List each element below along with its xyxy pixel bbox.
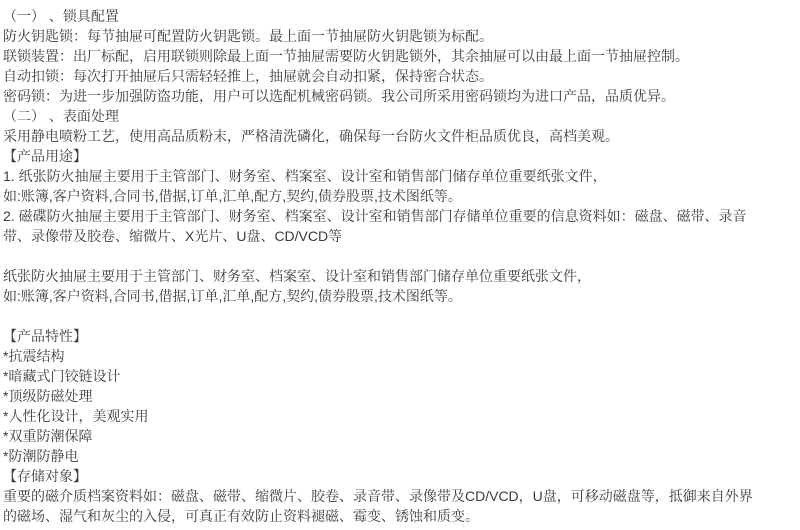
text-line: 防火钥匙锁：每节抽屉可配置防火钥匙锁。最上面一节抽屉防火钥匙锁为标配。	[3, 26, 798, 46]
product-description-page: （一） 、锁具配置 防火钥匙锁：每节抽屉可配置防火钥匙锁。最上面一节抽屉防火钥匙…	[0, 0, 800, 530]
text-line: *暗藏式门铰链设计	[3, 366, 798, 386]
text-line: 【产品用途】	[3, 146, 798, 166]
text-line: 2. 磁碟防火抽屉主要用于主管部门、财务室、档案室、设计室和销售部门存储单位重要…	[3, 206, 798, 226]
text-line: 密码锁：为进一步加强防盗功能，用户可以选配机械密码锁。我公司所采用密码锁均为进口…	[3, 86, 798, 106]
text-line: *抗震结构	[3, 346, 798, 366]
text-line: （二） 、表面处理	[3, 106, 798, 126]
text-line: （一） 、锁具配置	[3, 6, 798, 26]
text-line: *顶级防磁处理	[3, 386, 798, 406]
text-line: 联锁装置：出厂标配，启用联锁则除最上面一节抽屉需要防火钥匙锁外，其余抽屉可以由最…	[3, 46, 798, 66]
text-line	[3, 306, 798, 326]
text-line	[3, 246, 798, 266]
text-line: 纸张防火抽屉主要用于主管部门、财务室、档案室、设计室和销售部门储存单位重要纸张文…	[3, 266, 798, 286]
text-line: 【产品特性】	[3, 326, 798, 346]
text-line: 重要的磁介质档案资料如：磁盘、磁带、缩微片、胶卷、录音带、录像带及CD/VCD，…	[3, 486, 798, 506]
text-line: *防潮防静电	[3, 446, 798, 466]
text-line: 的磁场、湿气和灰尘的入侵，可真正有效防止资料褪磁、霉变、锈蚀和质变。	[3, 506, 798, 526]
text-line: 【存储对象】	[3, 466, 798, 486]
text-line: 带、录像带及胶卷、缩微片、X光片、U盘、CD/VCD等	[3, 226, 798, 246]
text-line: *人性化设计，美观实用	[3, 406, 798, 426]
text-line: 自动扣锁：每次打开抽屉后只需轻轻推上，抽屉就会自动扣紧，保持密合状态。	[3, 66, 798, 86]
text-line: 采用静电喷粉工艺，使用高品质粉末，严格清洗磷化，确保每一台防火文件柜品质优良，高…	[3, 126, 798, 146]
product-description-text: （一） 、锁具配置 防火钥匙锁：每节抽屉可配置防火钥匙锁。最上面一节抽屉防火钥匙…	[3, 6, 798, 526]
text-line: 1. 纸张防火抽屉主要用于主管部门、财务室、档案室、设计室和销售部门储存单位重要…	[3, 166, 798, 186]
text-line: 如:账簿,客户资料,合同书,借据,订单,汇单,配方,契约,债券股票,技术图纸等。	[3, 186, 798, 206]
text-line: *双重防潮保障	[3, 426, 798, 446]
text-line: 如:账簿,客户资料,合同书,借据,订单,汇单,配方,契约,债券股票,技术图纸等。	[3, 286, 798, 306]
